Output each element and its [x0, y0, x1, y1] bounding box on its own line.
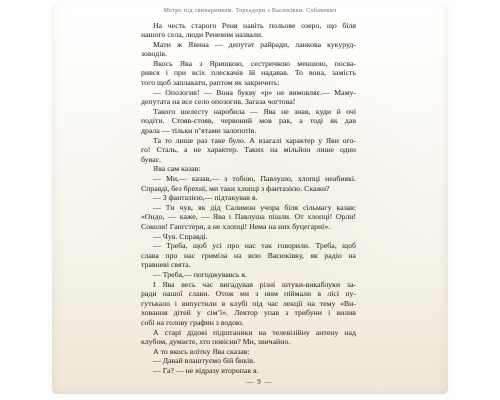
- text-line: Соколи! Гангстери, а не хлопці! Нема на …: [141, 222, 356, 232]
- text-line: рився і при всіх плескачів їй надавав. Т…: [141, 68, 356, 78]
- text-line: Мати ж Явина — депутат райради, ланкова …: [141, 40, 356, 50]
- text-line: А то якось влітку Ява сказав:: [141, 347, 356, 357]
- text-line: го! Сталь, а не характер. Таких на мільй…: [141, 145, 356, 155]
- scan-canvas: Метро під свинарником. Тореадори з Васюк…: [0, 0, 500, 400]
- text-line: — Треба, щоб усі про нас так говорили. Т…: [141, 241, 356, 251]
- text-line: Якось Ява з Яришкою, сестричкою меншою, …: [141, 59, 356, 69]
- text-line: — Чув. Справді.: [141, 232, 356, 242]
- text-line: ради нашої слави. Отож ми з ним піймали …: [141, 289, 356, 299]
- text-line: А старі дідові підштаники на телевізійну…: [141, 328, 356, 338]
- text-line: ховання дітей у сім’ї». Лектор упав з тр…: [141, 308, 356, 318]
- text-line: собі на голову графин з водою.: [141, 318, 356, 328]
- text-line: Справді, без брехні, ми таки хлопці з фа…: [141, 184, 356, 194]
- text-line: — Ми,— казав,— з тобою, Павлушо, хлопці …: [141, 174, 356, 184]
- text-line: слава про нас гриміла на всю Васюківку, …: [141, 251, 356, 261]
- text-line: «Ондо, — каже, — Ява і Павлуша пішли. От…: [141, 212, 356, 222]
- text-line: травневі свята.: [141, 260, 356, 270]
- text-line: — Треба,— погоджувавсь я.: [141, 270, 356, 280]
- text-line: — Га? — не відразу второпав я.: [141, 366, 356, 376]
- text-line: подіти. Стояв-стояв, червоний мов рак, а…: [141, 116, 356, 126]
- text-line: нашого села, люди Реневим назвали.: [141, 30, 356, 40]
- text-line: На честь старого Реня навіть польове озе…: [141, 21, 356, 31]
- text-line: — Опозогив! — Вона букву «р» не вимовляє…: [141, 88, 356, 98]
- text-line: Ява сам казав:: [141, 164, 356, 174]
- page-number: — 9 —: [52, 378, 467, 386]
- text-line: — Давай влаштуємо бій биків.: [141, 356, 356, 366]
- body-text: На честь старого Реня навіть польове озе…: [141, 21, 356, 376]
- text-line: буває.: [141, 155, 356, 165]
- text-line: І Ява весь час вигадував різні штуки-вик…: [141, 280, 356, 290]
- book-page: Метро під свинарником. Тореадори з Васюк…: [52, 4, 448, 394]
- text-line: Такого шелесту наробила — Ява не знав, к…: [141, 107, 356, 117]
- text-line: — З фантазією,— підтакував я.: [141, 193, 356, 203]
- text-line: драла — тільки п’ятами залопотів.: [141, 126, 356, 136]
- text-line: депутата на все село опозогив. Загаза чо…: [141, 97, 356, 107]
- text-line: зоводів.: [141, 49, 356, 59]
- text-line: гутькало і випустили в клубі під час лек…: [141, 299, 356, 309]
- running-header: Метро під свинарником. Тореадори з Васюк…: [52, 8, 448, 14]
- text-line: Та то лише раз таке було. А взагалі хара…: [141, 136, 356, 146]
- text-line: того щоб заплакати, раптом як закричить:: [141, 78, 356, 88]
- text-line: клубом, думаєте, хто повісив? Ми, звичай…: [141, 337, 356, 347]
- text-line: — Ти чув, як дід Салимон учора біля сіль…: [141, 203, 356, 213]
